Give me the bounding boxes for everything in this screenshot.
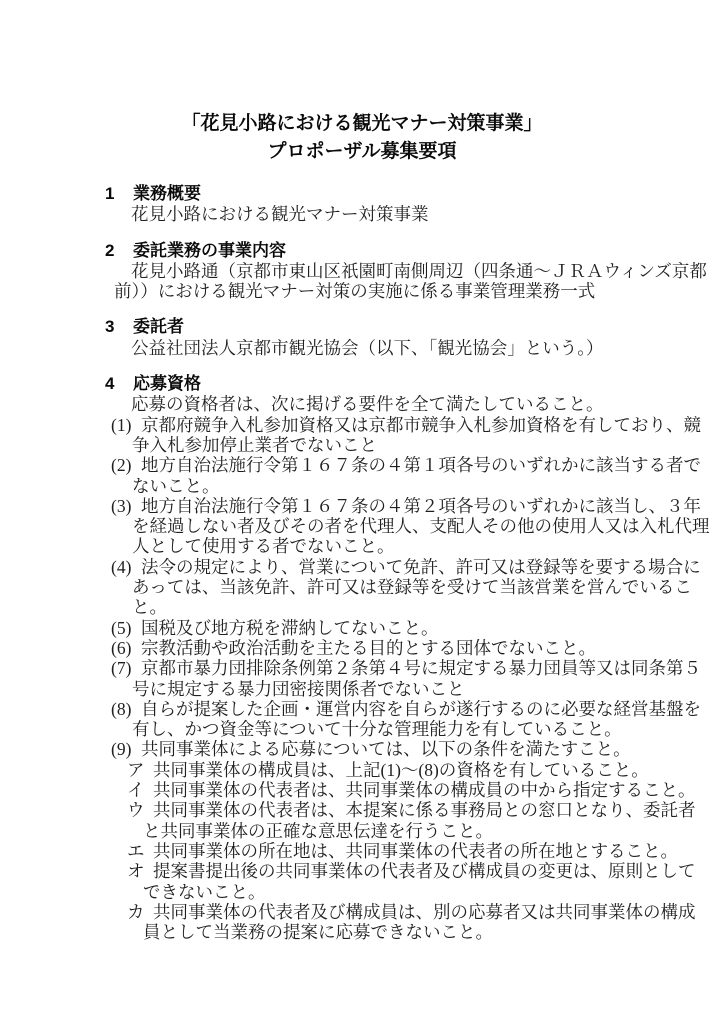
item-text: 地方自治法施行令第１６７条の４第１項各号のいずれかに該当する者でないこと。 — [132, 455, 701, 495]
item-text: 宗教活動や政治活動を主たる目的とする団体でないこと。 — [141, 638, 596, 658]
section-4-number: 4 — [105, 374, 133, 394]
section-4-heading: 4応募資格 — [105, 374, 711, 394]
subrequirement-item-e: エ共同事業体の所在地は、共同事業体の代表者の所在地とすること。 — [105, 841, 711, 861]
item-marker: (1) — [111, 415, 141, 435]
section-3-paragraph: 公益社団法人京都市観光協会（以下、「観光協会」という。） — [105, 338, 711, 358]
subrequirement-item-i: イ共同事業体の代表者は、共同事業体の構成員の中から指定すること。 — [105, 780, 711, 800]
section-4: 4応募資格 応募の資格者は、次に掲げる要件を全て満たしていること。 (1)京都府… — [105, 374, 711, 942]
item-marker: (3) — [111, 496, 141, 516]
subitem-text: 共同事業体の構成員は、上記(1)～(8)の資格を有していること。 — [153, 760, 649, 780]
title-line-2: プロポーザル募集要項 — [0, 138, 724, 166]
subrequirement-item-u: ウ共同事業体の代表者は、本提案に係る事務局との窓口となり、委託者と共同事業体の正… — [105, 800, 711, 841]
item-text: 京都府競争入札参加資格又は京都市競争入札参加資格を有しており、競争入札参加停止業… — [132, 415, 701, 455]
subitem-text: 共同事業体の代表者及び構成員は、別の応募者又は共同事業体の構成員として当業務の提… — [143, 902, 696, 942]
section-2-number: 2 — [105, 241, 133, 261]
section-1-title: 業務概要 — [133, 184, 201, 203]
subitem-marker: カ — [127, 902, 153, 922]
requirement-item-7: (7)京都市暴力団排除条例第２条第４号に規定する暴力団員等又は同条第５号に規定す… — [105, 658, 711, 699]
requirement-item-4: (4)法令の規定により、営業について免許、許可又は登録等を要する場合にあっては、… — [105, 557, 711, 618]
section-3-title: 委託者 — [133, 317, 184, 336]
section-3-heading: 3委託者 — [105, 317, 711, 337]
subitem-marker: ウ — [127, 800, 153, 820]
requirement-item-6: (6)宗教活動や政治活動を主たる目的とする団体でないこと。 — [105, 638, 711, 658]
requirement-item-8: (8)自らが提案した企画・運営内容を自らが遂行するのに必要な経営基盤を有し、かつ… — [105, 699, 711, 740]
requirement-item-9: (9)共同事業体による応募については、以下の条件を満たすこと。 — [105, 739, 711, 759]
subrequirement-item-a: ア共同事業体の構成員は、上記(1)～(8)の資格を有していること。 — [105, 760, 711, 780]
subrequirement-item-o: オ提案書提出後の共同事業体の代表者及び構成員の変更は、原則としてできないこと。 — [105, 861, 711, 902]
item-marker: (8) — [111, 699, 141, 719]
section-2-title: 委託業務の事業内容 — [133, 241, 286, 260]
subitem-marker: ア — [127, 760, 153, 780]
requirement-item-3: (3)地方自治法施行令第１６７条の４第２項各号のいずれかに該当し、３年を経過しな… — [105, 496, 711, 557]
document-content: 1業務概要 花見小路における観光マナー対策事業 2委託業務の事業内容 花見小路通… — [105, 184, 711, 942]
requirement-item-1: (1)京都府競争入札参加資格又は京都市競争入札参加資格を有しており、競争入札参加… — [105, 415, 711, 456]
section-3: 3委託者 公益社団法人京都市観光協会（以下、「観光協会」という。） — [105, 317, 711, 358]
item-marker: (2) — [111, 455, 141, 475]
subitem-marker: オ — [127, 861, 153, 881]
subitem-marker: エ — [127, 841, 153, 861]
subitem-text: 共同事業体の代表者は、共同事業体の構成員の中から指定すること。 — [153, 780, 696, 800]
document-page: 「花見小路における観光マナー対策事業」 プロポーザル募集要項 1業務概要 花見小… — [0, 0, 724, 1024]
requirement-item-2: (2)地方自治法施行令第１６７条の４第１項各号のいずれかに該当する者でないこと。 — [105, 455, 711, 496]
subitem-marker: イ — [127, 780, 153, 800]
subitem-text: 共同事業体の所在地は、共同事業体の代表者の所在地とすること。 — [153, 841, 678, 861]
section-1-heading: 1業務概要 — [105, 184, 711, 204]
item-text: 地方自治法施行令第１６７条の４第２項各号のいずれかに該当し、３年を経過しない者及… — [132, 496, 710, 557]
subitem-text: 共同事業体の代表者は、本提案に係る事務局との窓口となり、委託者と共同事業体の正確… — [143, 800, 696, 840]
document-title: 「花見小路における観光マナー対策事業」 プロポーザル募集要項 — [0, 110, 724, 166]
section-1-number: 1 — [105, 184, 133, 204]
section-4-intro: 応募の資格者は、次に掲げる要件を全て満たしていること。 — [105, 394, 711, 414]
subrequirement-item-ka: カ共同事業体の代表者及び構成員は、別の応募者又は共同事業体の構成員として当業務の… — [105, 902, 711, 943]
subitem-text: 提案書提出後の共同事業体の代表者及び構成員の変更は、原則としてできないこと。 — [143, 861, 696, 901]
section-1: 1業務概要 花見小路における観光マナー対策事業 — [105, 184, 711, 225]
item-marker: (4) — [111, 557, 141, 577]
section-4-title: 応募資格 — [133, 374, 201, 393]
section-2-heading: 2委託業務の事業内容 — [105, 241, 711, 261]
section-2-paragraph: 花見小路通（京都市東山区祇園町南側周辺（四条通～ＪＲＡウィンズ京都前））における… — [105, 261, 711, 302]
item-text: 京都市暴力団排除条例第２条第４号に規定する暴力団員等又は同条第５号に規定する暴力… — [132, 658, 701, 698]
section-1-paragraph: 花見小路における観光マナー対策事業 — [105, 204, 711, 224]
item-text: 法令の規定により、営業について免許、許可又は登録等を要する場合にあっては、当該免… — [132, 557, 701, 618]
section-3-number: 3 — [105, 317, 133, 337]
item-marker: (6) — [111, 638, 141, 658]
item-marker: (9) — [111, 739, 141, 759]
item-text: 自らが提案した企画・運営内容を自らが遂行するのに必要な経営基盤を有し、かつ資金等… — [132, 699, 701, 739]
requirement-item-5: (5)国税及び地方税を滞納してないこと。 — [105, 618, 711, 638]
section-2: 2委託業務の事業内容 花見小路通（京都市東山区祇園町南側周辺（四条通～ＪＲＡウィ… — [105, 241, 711, 302]
title-line-1: 「花見小路における観光マナー対策事業」 — [0, 110, 724, 138]
item-text: 国税及び地方税を滞納してないこと。 — [141, 618, 439, 638]
item-text: 共同事業体による応募については、以下の条件を満たすこと。 — [141, 739, 631, 759]
item-marker: (5) — [111, 618, 141, 638]
item-marker: (7) — [111, 658, 141, 678]
